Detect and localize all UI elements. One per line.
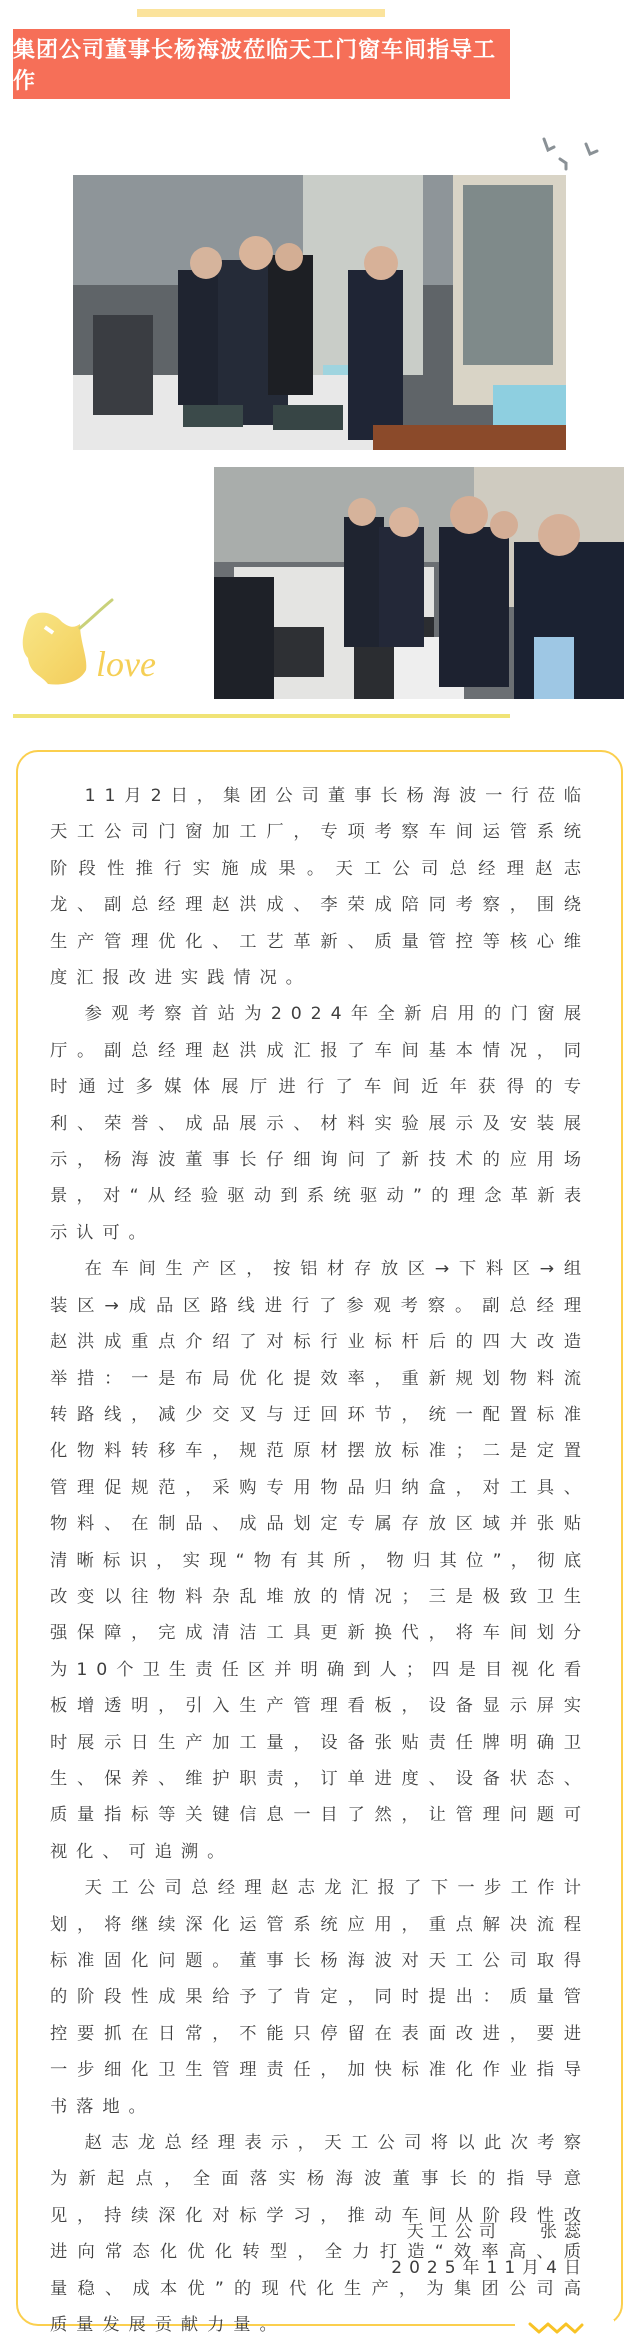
- article-body: 11月2日，集团公司董事长杨海波一行莅临天工公司门窗加工厂，专项考察车间运管系统…: [50, 778, 590, 2343]
- paragraph: 天工公司总经理赵志龙汇报了下一步工作计划，将继续深化运管系统应用，重点解决流程标…: [50, 1870, 590, 2125]
- publish-date: 2025年11月4日: [391, 2250, 588, 2286]
- showroom-photo-image: [73, 175, 566, 450]
- ginkgo-leaf-icon: love: [14, 598, 164, 690]
- photo-showroom-visit: [73, 175, 566, 450]
- top-decorative-bar: [137, 9, 385, 17]
- photo-workshop-inspection: [214, 467, 624, 699]
- birds-icon: [540, 133, 610, 173]
- author-line: 天工公司 张蕊: [391, 2214, 588, 2250]
- page-title: 集团公司董事长杨海波莅临天工门窗车间指导工作: [13, 33, 510, 95]
- paragraph: 在车间生产区，按铝材存放区→下料区→组装区→成品区路线进行了参观考察。副总经理赵…: [50, 1251, 590, 1870]
- title-banner: 集团公司董事长杨海波莅临天工门窗车间指导工作: [13, 29, 510, 99]
- love-text: love: [96, 644, 156, 684]
- paragraph: 11月2日，集团公司董事长杨海波一行莅临天工公司门窗加工厂，专项考察车间运管系统…: [50, 778, 590, 996]
- signature-block: 天工公司 张蕊 2025年11月4日: [391, 2214, 588, 2286]
- workshop-photo-image: [214, 467, 624, 699]
- paragraph: 参观考察首站为2024年全新启用的门窗展厅。副总经理赵洪成汇报了车间基本情况，同…: [50, 996, 590, 1251]
- section-divider: [13, 714, 510, 718]
